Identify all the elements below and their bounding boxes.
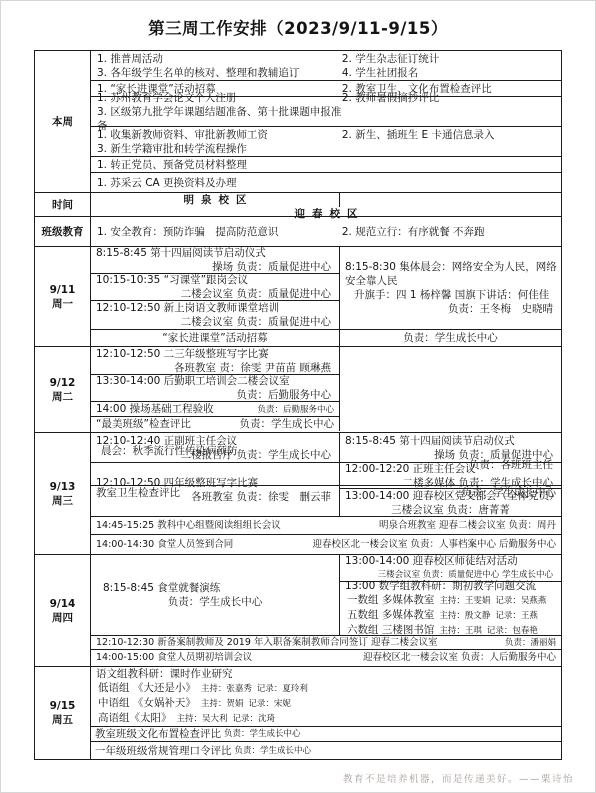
week-section: 本周 1. 推普周活动2. 学生杂志征订统计 3. 各年级学生名单的核对、整理和… [35, 51, 561, 193]
event: 12:10-12:50 二三年级整班写字比赛 各班教室 责：徐雯 尹苗苗 顾琳燕 [91, 347, 339, 375]
group-name: 中语组 《女娲补天》 [98, 696, 196, 710]
day-date: 9/15 [50, 699, 76, 713]
week-task: 1. 收集新教师资料、审批新教师工资 [97, 128, 342, 142]
group-recorder: 记录：宋妮 [248, 697, 291, 711]
day-cell-wed: 9/13 周三 [35, 433, 91, 554]
week-task-row: 1. 苏州教育学会论文个人注册2. 教师暑假摘抄评比 3. 区级第九批学年课题结… [91, 97, 561, 127]
event-title: 12:10-12:50 新上岗语文教师课堂培训 [93, 301, 337, 315]
thu-mingquan-events: 8:15-8:45 食堂就餐演练 负责：学生成长中心 [91, 555, 340, 635]
event-title: 14:00-14:30 食堂人员签到合同 [96, 538, 233, 552]
event: 12:10-12:40 正副班主任会议 二楼报告厅 负责：学生成长中心 [91, 433, 339, 463]
event: 13:00-14:00 迎春校区党支部会（全体党员） 三楼会议室 负责：唐菁菁 [340, 489, 561, 516]
day-section-thu: 9/14 周四 8:15-8:45 食堂就餐演练 负责：学生成长中心 13:00… [35, 555, 561, 667]
week-task: 1. 苏州教育学会论文个人注册 [97, 91, 342, 105]
event: “家长进课堂”活动招募 负责：学生成长中心 [91, 330, 561, 346]
week-task: 3. 各年级学生名单的核对、整理和教辅追订 [97, 66, 342, 80]
thu-yingchun-events: 13:00-14:00 迎春校区师徒结对活动 三楼会议室 负责：质量促进中心 学… [340, 555, 561, 635]
group-host: 主持：贺娟 [201, 697, 244, 711]
class-education-right: 2. 规范立行：有序就餐 不奔跑 [342, 225, 559, 239]
class-education-label-cell: 班级教育 [35, 217, 91, 246]
group-name: 五数组 多媒体教室 [347, 608, 434, 622]
day-cell-tue: 9/12 周二 [35, 347, 91, 432]
event: 12:00-12:20 正班主任会议 二楼多媒体 负责：学生成长中心 [340, 463, 561, 489]
day-weekday: 周三 [52, 494, 73, 508]
event-note: 二楼报告厅 负责：学生成长中心 [93, 448, 337, 462]
day-cell-mon: 9/11 周一 [35, 247, 91, 346]
event-note: 负责：学生成长中心 [340, 330, 561, 346]
week-task: 2. 学生杂志征订统计 [342, 52, 559, 66]
event-title: 14:45-15:25 教科中心组暨阅读组组长会议 [96, 519, 281, 533]
event: 10:15-10:35 “习课堂”跟岗会议 二楼会议室 负责：质量促进中心 [91, 274, 339, 301]
event: 12:10-12:30 新备案制教师及 2019 年入职备案制教师合同签订 迎春… [91, 636, 561, 650]
event: 13:00 数学组教科研：期初教学问题交流 一数组 多媒体教室 主持：王雯娟 记… [340, 582, 561, 635]
event: 12:10-12:50 新上岗语文教师课堂培训 二楼会议室 负责：质量促进中心 [91, 301, 339, 329]
event-group: 五数组 多媒体教室 主持：殷文静 记录：王燕 [342, 608, 559, 623]
tue-mingquan-events: 12:10-12:50 二三年级整班写字比赛 各班教室 责：徐雯 尹苗苗 顾琳燕… [91, 347, 340, 431]
event-note: 二楼会议室 负责：质量促进中心 [93, 315, 337, 329]
group-recorder: 记录：夏玲利 [257, 682, 308, 696]
mon-yingchun-events: 8:15-8:30 集体晨会：网络安全为人民，网络安全靠人民 升旗手：四 1 杨… [340, 247, 561, 329]
time-header: 时间 [52, 198, 73, 212]
wed-mingquan-events: 12:10-12:40 正副班主任会议 二楼报告厅 负责：学生成长中心 12:1… [91, 433, 340, 516]
week-task: 2. 新生、插班生 E 卡通信息录入 [342, 128, 559, 142]
group-name: 一数组 多媒体教室 [347, 593, 434, 607]
event-note: 负责：后勤服务中心 [93, 388, 337, 402]
page-title: 第三周工作安排（2023/9/11-9/15） [0, 15, 596, 39]
footer-quote: 教育不是培养机器，而是传递美好。——栗诗怡 [343, 771, 574, 785]
week-task-row: 1. 苏采云 CA 更换资料及办理 [91, 173, 561, 192]
event-title: 12:00-12:20 正班主任会议 [342, 462, 559, 476]
day-section-fri: 9/15 周五 语文组教科研：课时作业研究 低语组 《大还是小》 主持：张嘉秀 … [35, 667, 561, 759]
event-note: 迎春校区北一楼会议室 负责：人事档案中心 后勤服务中心 [312, 538, 556, 552]
week-task: 4. 学生社团报名 [342, 66, 559, 80]
event: 8:15-8:45 第十四届阅读节启动仪式 操场 负责：质量促进中心 [340, 433, 561, 463]
event-note: 各班教室 负责：徐雯 删云菲 [93, 490, 337, 504]
group-recorder: 记录：沈琦 [233, 712, 276, 726]
class-education-left: 1. 安全教育：预防诈骗 提高防范意识 [97, 225, 342, 239]
event-title: 13:30-14:00 后勤职工培训会二楼会议室 [93, 374, 337, 388]
day-section-wed: 9/13 周三 12:10-12:40 正副班主任会议 二楼报告厅 负责：学生成… [35, 433, 561, 555]
event-note: 负责：学生成长中心 [224, 727, 301, 741]
event-note: 负责：后勤服务中心 [257, 403, 334, 417]
event: 12:10-12:50 四年级整班写字比赛 各班教室 负责：徐雯 删云菲 [91, 463, 339, 516]
event: 14:00-15:00 食堂人员期初培训会议 迎春校区北一楼会议室 负责：人后勤… [91, 650, 561, 666]
event-title: 8:15-8:30 集体晨会：网络安全为人民，网络安全靠人民 [342, 260, 559, 288]
schedule-table: 本周 1. 推普周活动2. 学生杂志征订统计 3. 各年级学生名单的核对、整理和… [34, 50, 562, 760]
week-task-row: 1. 转正党员、预备党员材料整理 [91, 157, 561, 173]
event-note: 操场 负责：质量促进中心 [342, 448, 559, 462]
event-title: 13:00 数学组教科研：期初教学问题交流 [342, 579, 559, 593]
event: “最美班级”检查评比 负责：学生成长中心 [91, 417, 339, 431]
event-title: 13:00-14:00 迎春校区师徒结对活动 [342, 554, 559, 568]
event: 一年级班级常规管理口令评比 负责：学生成长中心 [91, 742, 561, 759]
week-label: 本周 [52, 115, 73, 129]
wed-yingchun-events: 8:15-8:45 第十四届阅读节启动仪式 操场 负责：质量促进中心 12:00… [340, 433, 561, 516]
event: 教室班级文化布置检查评比 负责：学生成长中心 [91, 727, 561, 742]
event-title: 12:10-12:40 正副班主任会议 [93, 434, 337, 448]
event: 13:30-14:00 后勤职工培训会二楼会议室 负责：后勤服务中心 [91, 375, 339, 402]
event-note: 操场 负责：质量促进中心 [93, 260, 337, 274]
event-title: 13:00-14:00 迎春校区党支部会（全体党员） [342, 489, 559, 503]
event-group: 低语组 《大还是小》 主持：张嘉秀 记录：夏玲利 [93, 681, 559, 696]
group-host: 主持：王雯娟 [439, 594, 490, 608]
event-note: 明泉合班教室 迎春二楼会议室 负责：周丹 [379, 519, 556, 533]
event-title: “最美班级”检查评比 [96, 417, 191, 431]
event: 14:45-15:25 教科中心组暨阅读组组长会议 明泉合班教室 迎春二楼会议室… [91, 517, 561, 535]
class-education-row: 班级教育 1. 安全教育：预防诈骗 提高防范意识 2. 规范立行：有序就餐 不奔… [35, 217, 561, 247]
event-title: 12:10-12:50 二三年级整班写字比赛 [93, 347, 337, 361]
event-detail: 升旗手：四 1 杨梓馨 国旗下讲话：何佳佳 [342, 288, 559, 302]
event-note: 三楼会议室 负责：唐菁菁 [342, 503, 559, 517]
day-weekday: 周四 [52, 611, 73, 625]
day-date: 9/14 [50, 597, 76, 611]
day-section-tue: 9/12 周二 12:10-12:50 二三年级整班写字比赛 各班教室 责：徐雯… [35, 347, 561, 433]
event-note: 各班教室 责：徐雯 尹苗苗 顾琳燕 [93, 361, 337, 375]
event-title: 一年级班级常规管理口令评比 [95, 744, 232, 758]
group-recorder: 记录：吴燕燕 [495, 594, 546, 608]
class-education-label: 班级教育 [42, 225, 84, 239]
day-weekday: 周五 [52, 713, 73, 727]
event-group: 一数组 多媒体教室 主持：王雯娟 记录：吴燕燕 [342, 593, 559, 608]
event: 14:00-14:30 食堂人员签到合同 迎春校区北一楼会议室 负责：人事档案中… [91, 535, 561, 554]
week-task: 1. 苏采云 CA 更换资料及办理 [97, 176, 342, 190]
group-name: 高语组《太阳》 [98, 711, 172, 725]
group-recorder: 记录：王燕 [495, 609, 538, 623]
week-task: 1. 转正党员、预备党员材料整理 [97, 158, 342, 172]
day-cell-fri: 9/15 周五 [35, 667, 91, 759]
event: 8:15-8:45 第十四届阅读节启动仪式 操场 负责：质量促进中心 [91, 247, 339, 274]
group-host: 主持：张嘉秀 [201, 682, 252, 696]
event: 13:00-14:00 迎春校区师徒结对活动 三楼会议室 负责：质量促进中心 学… [340, 555, 561, 582]
event-title: 14:00 操场基础工程验收 [96, 402, 214, 416]
event-title: 14:00-15:00 食堂人员期初培训会议 [96, 651, 252, 665]
event-note: 负责：学生成长中心 [240, 417, 335, 431]
event-note: 二楼多媒体 负责：学生成长中心 [342, 476, 559, 490]
event-title: 8:15-8:45 食堂就餐演练 [93, 581, 337, 595]
week-task: 1. 推普周活动 [97, 52, 342, 66]
campus-header-mingquan: 明泉校区 [91, 193, 340, 207]
event-title: 10:15-10:35 “习课堂”跟岗会议 [93, 273, 337, 287]
event-title: 教室班级文化布置检查评比 [95, 727, 221, 741]
event-note: 负责：王冬梅 史晓晴 [342, 302, 559, 316]
event: 14:00 操场基础工程验收 负责：后勤服务中心 [91, 402, 339, 417]
fri-yingchun-events: 语文组教科研：课时作业研究 低语组 《大还是小》 主持：张嘉秀 记录：夏玲利 中… [91, 667, 561, 759]
group-host: 主持：吴大利 [177, 712, 228, 726]
event-note: 负责：学生成长中心 [93, 595, 337, 609]
event-note: 负责：潘丽娟 [505, 636, 556, 650]
group-host: 主持：殷文静 [439, 609, 490, 623]
mon-mingquan-events: 8:15-8:45 第十四届阅读节启动仪式 操场 负责：质量促进中心 10:15… [91, 247, 340, 329]
event-note: 负责：学生成长中心 [235, 744, 312, 758]
week-task: 2. 教师暑假摘抄评比 [342, 91, 559, 105]
event-group: 中语组 《女娲补天》 主持：贺娟 记录：宋妮 [93, 696, 559, 711]
time-header-cell: 时间 [35, 193, 91, 216]
event-title: 语文组教科研：课时作业研究 [93, 667, 559, 681]
day-date: 9/11 [50, 283, 76, 297]
event-note: 二楼会议室 负责：质量促进中心 [93, 287, 337, 301]
event-group: 高语组《太阳》 主持：吴大利 记录：沈琦 [93, 711, 559, 726]
event-note: 迎春校区北一楼会议室 负责：人后勤服务中心 [363, 651, 556, 665]
group-name: 低语组 《大还是小》 [98, 681, 196, 695]
day-section-mon: 9/11 周一 8:15-8:45 第十四届阅读节启动仪式 操场 负责：质量促进… [35, 247, 561, 347]
day-weekday: 周二 [52, 390, 73, 404]
event-title: “家长进课堂”活动招募 [91, 330, 340, 346]
event-title: 8:15-8:45 第十四届阅读节启动仪式 [93, 246, 337, 260]
day-date: 9/13 [50, 480, 76, 494]
week-tasks: 1. 推普周活动2. 学生杂志征订统计 3. 各年级学生名单的核对、整理和教辅追… [91, 51, 561, 192]
week-task: 3. 新生学籍审批和转学流程操作 [97, 142, 342, 156]
week-label-cell: 本周 [35, 51, 91, 192]
event-title: 8:15-8:45 第十四届阅读节启动仪式 [342, 434, 559, 448]
day-date: 9/12 [50, 376, 76, 390]
campus-header-row: 时间 明泉校区 迎春校区 [35, 193, 561, 217]
week-task-row: 1. 收集新教师资料、审批新教师工资2. 新生、插班生 E 卡通信息录入 3. … [91, 127, 561, 157]
event: 语文组教科研：课时作业研究 低语组 《大还是小》 主持：张嘉秀 记录：夏玲利 中… [91, 667, 561, 727]
week-task-row: 1. 推普周活动2. 学生杂志征订统计 3. 各年级学生名单的核对、整理和教辅追… [91, 51, 561, 81]
event-title: 12:10-12:50 四年级整班写字比赛 [93, 476, 337, 490]
day-cell-thu: 9/14 周四 [35, 555, 91, 666]
event-title: 12:10-12:30 新备案制教师及 2019 年入职备案制教师合同签订 迎春… [96, 636, 437, 650]
day-weekday: 周一 [52, 297, 73, 311]
